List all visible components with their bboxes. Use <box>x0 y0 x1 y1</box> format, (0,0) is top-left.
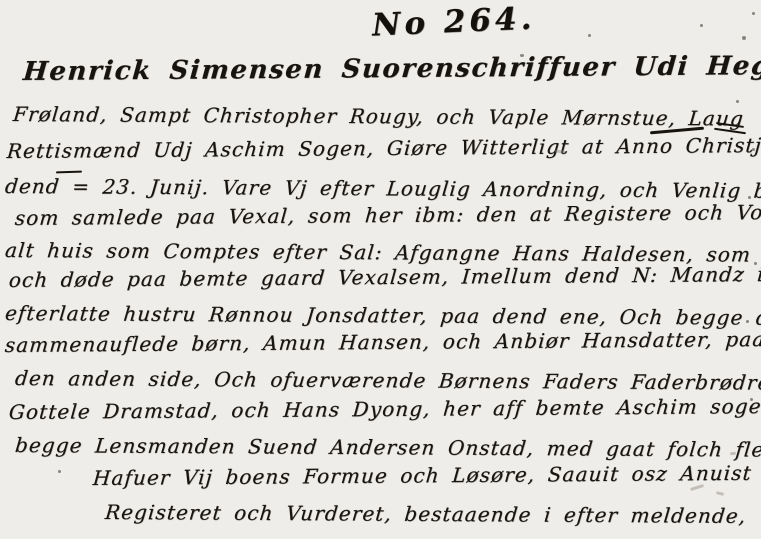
ink-speck <box>700 24 703 27</box>
manuscript-line-4: dend = 23. Junij. Vare Vj efter Louglig … <box>4 174 761 203</box>
ink-speck <box>58 470 61 473</box>
overline-23-mark <box>56 171 82 174</box>
ink-speck <box>746 320 749 323</box>
ink-speck <box>748 196 751 199</box>
manuscript-line-11: Gottele Dramstad, och Hans Dyong, her af… <box>8 393 761 424</box>
ink-speck <box>736 100 739 103</box>
ink-speck <box>520 54 524 57</box>
manuscript-line-5: som samlede paa Vexal, som her ibm: den … <box>14 200 761 230</box>
manuscript-line-12: begge Lensmanden Suend Andersen Onstad, … <box>14 433 761 462</box>
manuscript-line-8: efterlatte hustru Rønnou Jonsdatter, paa… <box>4 301 761 330</box>
manuscript-line-9: sammenauflede børn, Amun Hansen, och Anb… <box>4 327 761 357</box>
ink-speck <box>588 34 591 37</box>
ink-speck <box>752 12 755 15</box>
ink-speck <box>752 148 755 151</box>
manuscript-line-10: den anden side, Och ofuerværende Børnens… <box>14 366 761 395</box>
manuscript-line-7: och døde paa bemte gaard Vexalsem, Imell… <box>8 262 761 292</box>
manuscript-line-1: Henrick Simensen Suorenschriffuer Udi He… <box>22 50 761 87</box>
manuscript-line-2: Frøland, Sampt Christopher Rougy, och Va… <box>12 102 745 130</box>
manuscript-page: No 264. Henrick Simensen Suorenschriffue… <box>0 0 761 539</box>
ink-speck <box>742 36 746 40</box>
ink-speck <box>750 398 753 401</box>
ink-speck <box>754 262 757 265</box>
ink-speck <box>545 58 548 61</box>
manuscript-line-14: Registeret och Vurderet, bestaaende i ef… <box>104 500 747 528</box>
manuscript-line-13: Hafuer Vij boens Formue och Løsøre, Saau… <box>92 461 753 490</box>
scan-smudge <box>716 491 724 496</box>
manuscript-line-3: Rettismænd Udj Aschim Sogen, Giøre Witte… <box>6 132 761 163</box>
document-number: No 264. <box>371 0 536 43</box>
